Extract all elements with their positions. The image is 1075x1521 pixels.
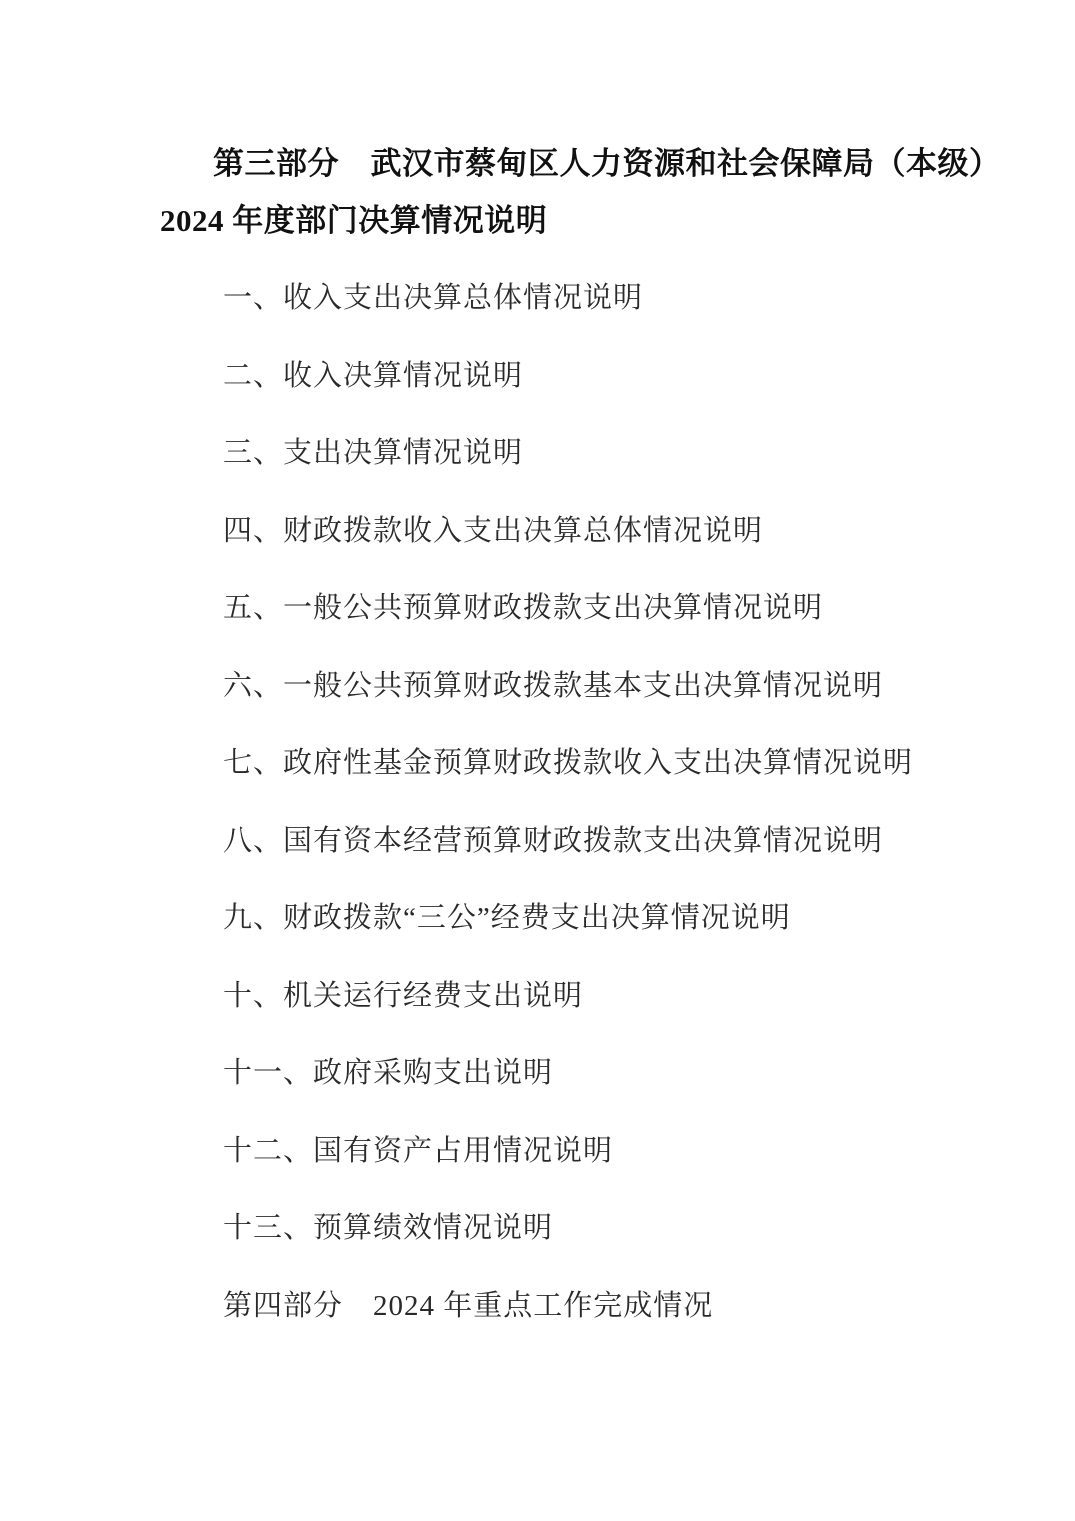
section-three-heading-line1: 第三部分 武汉市蔡甸区人力资源和社会保障局（本级） bbox=[160, 135, 960, 192]
toc-item-5: 五、一般公共预算财政拨款支出决算情况说明 bbox=[160, 570, 960, 648]
toc-item-10: 十、机关运行经费支出说明 bbox=[160, 958, 960, 1036]
toc-item-8: 八、国有资本经营预算财政拨款支出决算情况说明 bbox=[160, 803, 960, 881]
toc-item-12: 十二、国有资产占用情况说明 bbox=[160, 1113, 960, 1191]
toc-item-9: 九、财政拨款“三公”经费支出决算情况说明 bbox=[160, 880, 960, 958]
page-content: 第三部分 武汉市蔡甸区人力资源和社会保障局（本级） 2024 年度部门决算情况说… bbox=[160, 135, 960, 1345]
toc-item-6: 六、一般公共预算财政拨款基本支出决算情况说明 bbox=[160, 648, 960, 726]
toc-item-2: 二、收入决算情况说明 bbox=[160, 338, 960, 416]
toc-item-3: 三、支出决算情况说明 bbox=[160, 415, 960, 493]
section-three-heading-line2: 2024 年度部门决算情况说明 bbox=[160, 192, 960, 249]
toc-item-11: 十一、政府采购支出说明 bbox=[160, 1035, 960, 1113]
document-page: 第三部分 武汉市蔡甸区人力资源和社会保障局（本级） 2024 年度部门决算情况说… bbox=[0, 0, 1075, 1521]
toc-item-4: 四、财政拨款收入支出决算总体情况说明 bbox=[160, 493, 960, 571]
toc-item-13: 十三、预算绩效情况说明 bbox=[160, 1190, 960, 1268]
section-four-heading: 第四部分 2024 年重点工作完成情况 bbox=[160, 1268, 960, 1346]
toc-item-1: 一、收入支出决算总体情况说明 bbox=[160, 260, 960, 338]
section-three-heading: 第三部分 武汉市蔡甸区人力资源和社会保障局（本级） 2024 年度部门决算情况说… bbox=[160, 135, 960, 249]
toc-item-7: 七、政府性基金预算财政拨款收入支出决算情况说明 bbox=[160, 725, 960, 803]
table-of-contents: 一、收入支出决算总体情况说明 二、收入决算情况说明 三、支出决算情况说明 四、财… bbox=[160, 260, 960, 1345]
